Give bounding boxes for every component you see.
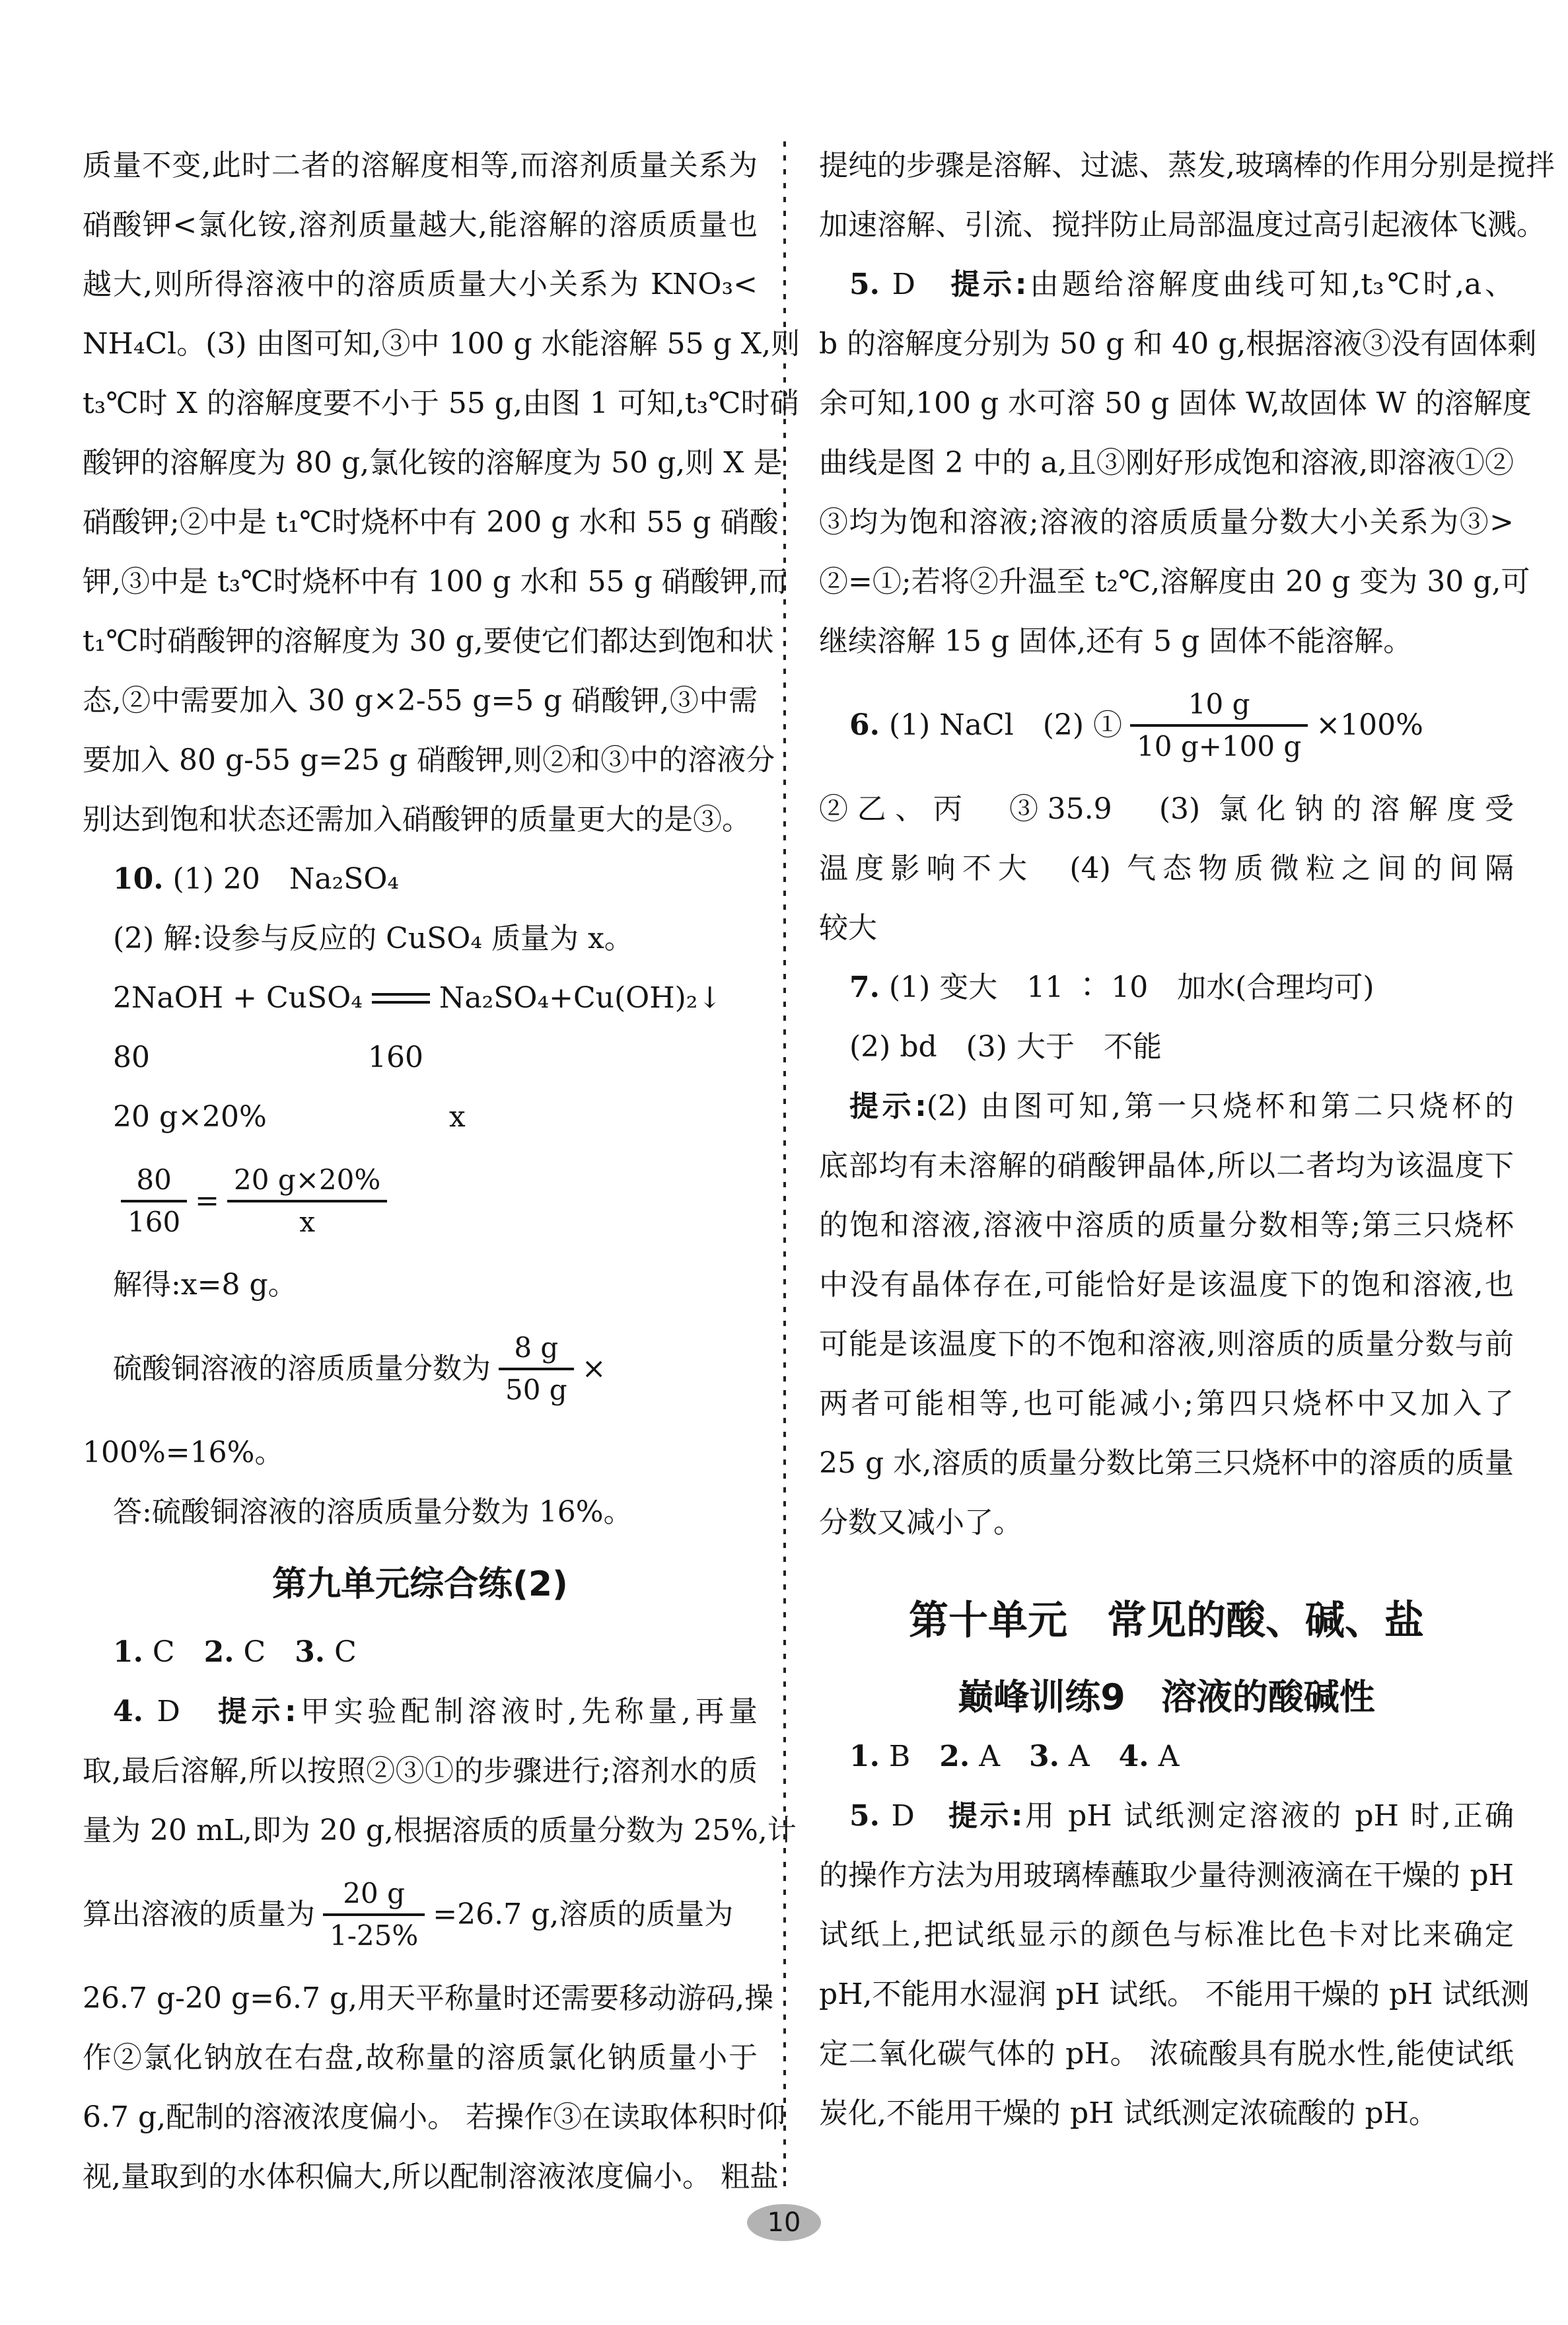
- text-run: 钾,③中是 t₃℃时烧杯中有 100 g 水和 55 g 硝酸钾,而: [83, 565, 787, 599]
- text-line: 解得:x=8 g。: [83, 1255, 758, 1315]
- answer-page: 质量不变,此时二者的溶解度相等,而溶剂质量关系为硝酸钾<氯化铵,溶剂质量越大,能…: [0, 0, 1568, 2325]
- text-run: 温度影响不大 (4) 气态物质微粒之间的间隔: [819, 852, 1514, 885]
- hint-label: 提示:: [948, 1799, 1023, 1833]
- fraction: 8 g50 g: [499, 1331, 574, 1408]
- text-run: (2) 由图可知,第一只烧杯和第二只烧杯的: [927, 1089, 1514, 1123]
- text-line: 26.7 g-20 g=6.7 g,用天平称量时还需要移动游码,操: [83, 1969, 758, 2028]
- formula-line: 80160=20 g×20%x: [83, 1147, 758, 1255]
- text-line: pH,不能用水湿润 pH 试纸。 不能用干燥的 pH 试纸测: [819, 1965, 1514, 2024]
- text-run: 解得:x=8 g。: [113, 1268, 297, 1302]
- question-number: 10.: [113, 862, 164, 896]
- text-line: 6.7 g,配制的溶液浓度偏小。 若操作③在读取体积时仰: [83, 2088, 758, 2147]
- text-run: 视,量取到的水体积偏大,所以配制溶液浓度偏小。 粗盐: [83, 2160, 779, 2194]
- text-run: 80: [113, 1041, 150, 1074]
- text-run: 酸钾的溶解度为 80 g,氯化铵的溶解度为 50 g,则 X 是: [83, 446, 783, 480]
- text-run: 硫酸铜溶液的溶质质量分数为: [113, 1339, 491, 1399]
- text-run: (1) 变大 11 ∶ 10 加水(合理均可): [880, 971, 1374, 1004]
- text-run: (1) NaCl (2) ①: [880, 696, 1122, 755]
- text-run: =: [195, 1171, 219, 1231]
- text-run: 160: [368, 1041, 423, 1074]
- text-run: ×100%: [1316, 696, 1423, 755]
- text-run: C: [234, 1635, 295, 1669]
- fraction: 20 g1-25%: [323, 1876, 425, 1954]
- text-line: 态,②中需要加入 30 g×2-55 g=5 g 硝酸钾,③中需: [83, 671, 758, 731]
- fraction-denominator: x: [227, 1202, 387, 1240]
- text-run: ③均为饱和溶液;溶液的溶质质量分数大小关系为③>: [819, 505, 1514, 539]
- text-line: 要加入 80 g-55 g=25 g 硝酸钾,则②和③中的溶液分: [83, 731, 758, 790]
- text-line: 越大,则所得溶液中的溶质质量大小关系为 KNO₃<: [83, 255, 758, 314]
- text-run: 巅峰训练9 溶液的酸碱性: [958, 1676, 1375, 1718]
- text-line: 取,最后溶解,所以按照②③①的步骤进行;溶剂水的质: [83, 1742, 758, 1801]
- text-run: 甲实验配制溶液时,先称量,再量: [297, 1695, 758, 1728]
- text-run: A: [1059, 1740, 1119, 1773]
- question-number: 1.: [849, 1740, 880, 1773]
- text-line: 底部均有未溶解的硝酸钾晶体,所以二者均为该温度下: [819, 1136, 1514, 1196]
- fraction: 10 g10 g+100 g: [1130, 687, 1308, 764]
- text-run: D: [143, 1695, 218, 1728]
- right-column: 提纯的步骤是溶解、过滤、蒸发,玻璃棒的作用分别是搅拌加速溶解、引流、搅拌防止局部…: [819, 136, 1514, 2143]
- text-run: 态,②中需要加入 30 g×2-55 g=5 g 硝酸钾,③中需: [83, 684, 758, 718]
- text-run: b 的溶解度分别为 50 g 和 40 g,根据溶液③没有固体剩: [819, 327, 1536, 361]
- text-run: 分数又减小了。: [819, 1506, 1022, 1539]
- text-line: 质量不变,此时二者的溶解度相等,而溶剂质量关系为: [83, 136, 758, 196]
- text-line: 7. (1) 变大 11 ∶ 10 加水(合理均可): [819, 958, 1514, 1017]
- text-line: 余可知,100 g 水可溶 50 g 固体 W,故固体 W 的溶解度: [819, 374, 1514, 433]
- text-line: ②=①;若将②升温至 t₂℃,溶解度由 20 g 变为 30 g,可: [819, 552, 1514, 612]
- text-run: 硝酸钾<氯化铵,溶剂质量越大,能溶解的溶质质量也: [83, 208, 758, 242]
- text-line: 5. D 提示:由题给溶解度曲线可知,t₃℃时,a、: [819, 255, 1514, 314]
- text-run: C: [143, 1635, 204, 1669]
- text-run: D: [880, 268, 950, 301]
- text-run: C: [325, 1635, 357, 1669]
- text-line: 加速溶解、引流、搅拌防止局部温度过高引起液体飞溅。: [819, 196, 1514, 255]
- text-line: 答:硫酸铜溶液的溶质质量分数为 16%。: [83, 1483, 758, 1542]
- left-column: 质量不变,此时二者的溶解度相等,而溶剂质量关系为硝酸钾<氯化铵,溶剂质量越大,能…: [83, 136, 758, 2207]
- text-run: 20 g×20%: [113, 1100, 267, 1134]
- text-run: 取,最后溶解,所以按照②③①的步骤进行;溶剂水的质: [83, 1754, 758, 1788]
- text-line: 硝酸钾;②中是 t₁℃时烧杯中有 200 g 水和 55 g 硝酸: [83, 493, 758, 552]
- text-run: ②=①;若将②升温至 t₂℃,溶解度由 20 g 变为 30 g,可: [819, 565, 1530, 599]
- text-run: t₁℃时硝酸钾的溶解度为 30 g,要使它们都达到饱和状: [83, 624, 774, 658]
- text-run: 中没有晶体存在,可能恰好是该温度下的饱和溶液,也: [819, 1268, 1514, 1302]
- text-line: 钾,③中是 t₃℃时烧杯中有 100 g 水和 55 g 硝酸钾,而: [83, 552, 758, 612]
- text-run: (2) 解:设参与反应的 CuSO₄ 质量为 x。: [113, 922, 633, 955]
- text-run: 的操作方法为用玻璃棒蘸取少量待测液滴在干燥的 pH: [819, 1859, 1514, 1892]
- text-line: 炭化,不能用干燥的 pH 试纸测定浓硫酸的 pH。: [819, 2084, 1514, 2143]
- text-line: 100%=16%。: [83, 1423, 758, 1483]
- hint-label: 提示:: [218, 1695, 297, 1728]
- section-heading: 巅峰训练9 溶液的酸碱性: [819, 1676, 1514, 1719]
- text-run: B: [880, 1740, 939, 1773]
- text-line: 酸钾的溶解度为 80 g,氯化铵的溶解度为 50 g,则 X 是: [83, 433, 758, 493]
- text-line: 继续溶解 15 g 固体,还有 5 g 固体不能溶解。: [819, 612, 1514, 671]
- text-run: 第十单元 常见的酸、碱、盐: [909, 1598, 1424, 1644]
- text-run: A: [1149, 1740, 1180, 1773]
- text-run: 算出溶液的质量为: [83, 1885, 315, 1944]
- text-run: 试纸上,把试纸显示的颜色与标准比色卡对比来确定: [819, 1918, 1514, 1952]
- question-number: 2.: [939, 1740, 970, 1773]
- text-run: (1) 20 Na₂SO₄: [164, 862, 400, 896]
- text-run: =26.7 g,溶质的质量为: [433, 1885, 733, 1944]
- text-run: 越大,则所得溶液中的溶质质量大小关系为 KNO₃<: [83, 268, 758, 301]
- text-line: NH₄Cl。(3) 由图可知,③中 100 g 水能溶解 55 g X,则: [83, 314, 758, 374]
- formula-line: 6. (1) NaCl (2) ①10 g10 g+100 g×100%: [819, 671, 1514, 780]
- text-line: 可能是该温度下的不饱和溶液,则溶质的质量分数与前: [819, 1315, 1514, 1374]
- section-heading: 第十单元 常见的酸、碱、盐: [819, 1596, 1514, 1645]
- text-run: 用 pH 试纸测定溶液的 pH 时,正确: [1022, 1799, 1514, 1833]
- text-run: 继续溶解 15 g 固体,还有 5 g 固体不能溶解。: [819, 624, 1412, 658]
- fraction-denominator: 160: [121, 1202, 187, 1240]
- text-run: 26.7 g-20 g=6.7 g,用天平称量时还需要移动游码,操: [83, 1981, 773, 2015]
- text-run: 加速溶解、引流、搅拌防止局部温度过高引起液体飞溅。: [819, 208, 1546, 242]
- fraction-numerator: 10 g: [1130, 687, 1308, 727]
- text-run: t₃℃时 X 的溶解度要不小于 55 g,由图 1 可知,t₃℃时硝: [83, 387, 799, 420]
- text-run: 两者可能相等,也可能减小;第四只烧杯中又加入了: [819, 1387, 1514, 1421]
- text-line: 1. C 2. C 3. C: [83, 1623, 758, 1682]
- fraction-numerator: 20 g×20%: [227, 1163, 387, 1203]
- text-line: 2NaOH + CuSO₄Na₂SO₄+Cu(OH)₂↓: [83, 969, 758, 1028]
- formula-line: 硫酸铜溶液的溶质质量分数为8 g50 g×: [83, 1315, 758, 1423]
- formula-line: 算出溶液的质量为20 g1-25%=26.7 g,溶质的质量为: [83, 1861, 758, 1969]
- text-run: ×: [582, 1339, 606, 1399]
- text-run: 可能是该温度下的不饱和溶液,则溶质的质量分数与前: [819, 1327, 1514, 1361]
- text-run: 硝酸钾;②中是 t₁℃时烧杯中有 200 g 水和 55 g 硝酸: [83, 505, 779, 539]
- text-line: ③均为饱和溶液;溶液的溶质质量分数大小关系为③>: [819, 493, 1514, 552]
- text-line: 温度影响不大 (4) 气态物质微粒之间的间隔: [819, 839, 1514, 899]
- text-line: 视,量取到的水体积偏大,所以配制溶液浓度偏小。 粗盐: [83, 2147, 758, 2207]
- text-run: (2) bd (3) 大于 不能: [849, 1030, 1162, 1064]
- text-run: 第九单元综合练(2): [272, 1565, 568, 1604]
- text-run: NH₄Cl。(3) 由图可知,③中 100 g 水能溶解 55 g X,则: [83, 327, 800, 361]
- column-divider: [783, 141, 786, 2194]
- text-line: 的饱和溶液,溶液中溶质的质量分数相等;第三只烧杯: [819, 1196, 1514, 1255]
- text-line: 较大: [819, 899, 1514, 958]
- text-run: D: [880, 1799, 948, 1833]
- fraction-numerator: 20 g: [323, 1876, 425, 1917]
- text-run: 质量不变,此时二者的溶解度相等,而溶剂质量关系为: [83, 149, 758, 182]
- question-number: 5.: [849, 268, 880, 301]
- text-run: 作②氯化钠放在右盘,故称量的溶质氯化钠质量小于: [83, 2041, 758, 2075]
- text-line: b 的溶解度分别为 50 g 和 40 g,根据溶液③没有固体剩: [819, 314, 1514, 374]
- text-run: 答:硫酸铜溶液的溶质质量分数为 16%。: [113, 1495, 633, 1529]
- fraction-denominator: 1-25%: [323, 1916, 425, 1954]
- text-line: 硝酸钾<氯化铵,溶剂质量越大,能溶解的溶质质量也: [83, 196, 758, 255]
- text-line: (2) bd (3) 大于 不能: [819, 1017, 1514, 1077]
- fraction-numerator: 80: [121, 1163, 187, 1203]
- text-run: 炭化,不能用干燥的 pH 试纸测定浓硫酸的 pH。: [819, 2096, 1438, 2130]
- text-line: 提示:(2) 由图可知,第一只烧杯和第二只烧杯的: [819, 1077, 1514, 1136]
- text-line: ②乙、丙 ③35.9 (3) 氯化钠的溶解度受: [819, 780, 1514, 839]
- page-number-badge: 10: [747, 2204, 821, 2241]
- text-run: 量为 20 mL,即为 20 g,根据溶质的质量分数为 25%,计: [83, 1814, 797, 1847]
- text-line: 别达到饱和状态还需加入硝酸钾的质量更大的是③。: [83, 790, 758, 850]
- text-run: 定二氧化碳气体的 pH。 浓硫酸具有脱水性,能使试纸: [819, 2037, 1514, 2071]
- question-number: 2.: [204, 1635, 234, 1669]
- text-run: ②乙、丙 ③35.9 (3) 氯化钠的溶解度受: [819, 792, 1514, 826]
- text-line: 25 g 水,溶质的质量分数比第三只烧杯中的溶质的质量: [819, 1434, 1514, 1493]
- question-number: 1.: [113, 1635, 143, 1669]
- text-run: 由题给溶解度曲线可知,t₃℃时,a、: [1026, 268, 1514, 301]
- text-line: 1. B 2. A 3. A 4. A: [819, 1727, 1514, 1787]
- text-run: 6.7 g,配制的溶液浓度偏小。 若操作③在读取体积时仰: [83, 2100, 785, 2134]
- fraction-numerator: 8 g: [499, 1331, 574, 1371]
- text-line: 提纯的步骤是溶解、过滤、蒸发,玻璃棒的作用分别是搅拌: [819, 136, 1514, 196]
- text-run: 100%=16%。: [83, 1436, 283, 1469]
- question-number: 3.: [1029, 1740, 1059, 1773]
- fraction-denominator: 50 g: [499, 1370, 574, 1408]
- text-line: 量为 20 mL,即为 20 g,根据溶质的质量分数为 25%,计: [83, 1801, 758, 1861]
- text-line: 80160: [83, 1028, 758, 1088]
- text-line: 10. (1) 20 Na₂SO₄: [83, 850, 758, 909]
- text-line: 试纸上,把试纸显示的颜色与标准比色卡对比来确定: [819, 1905, 1514, 1965]
- fraction-denominator: 10 g+100 g: [1130, 727, 1308, 764]
- text-line: 4. D 提示:甲实验配制溶液时,先称量,再量: [83, 1682, 758, 1742]
- text-line: 曲线是图 2 中的 a,且③刚好形成饱和溶液,即溶液①②: [819, 433, 1514, 493]
- question-number: 4.: [1119, 1740, 1149, 1773]
- text-line: t₁℃时硝酸钾的溶解度为 30 g,要使它们都达到饱和状: [83, 612, 758, 671]
- question-number: 5.: [849, 1799, 880, 1833]
- text-line: 作②氯化钠放在右盘,故称量的溶质氯化钠质量小于: [83, 2028, 758, 2088]
- double-bond-equals: [372, 993, 430, 1004]
- text-run: A: [970, 1740, 1029, 1773]
- text-run: 底部均有未溶解的硝酸钾晶体,所以二者均为该温度下: [819, 1149, 1514, 1183]
- fraction: 80160: [121, 1163, 187, 1240]
- text-line: 中没有晶体存在,可能恰好是该温度下的饱和溶液,也: [819, 1255, 1514, 1315]
- question-number: 3.: [295, 1635, 325, 1669]
- text-line: 定二氧化碳气体的 pH。 浓硫酸具有脱水性,能使试纸: [819, 2024, 1514, 2084]
- fraction: 20 g×20%x: [227, 1163, 387, 1240]
- text-run: 2NaOH + CuSO₄: [113, 981, 363, 1015]
- section-heading: 第九单元综合练(2): [83, 1563, 758, 1605]
- text-line: 的操作方法为用玻璃棒蘸取少量待测液滴在干燥的 pH: [819, 1846, 1514, 1905]
- text-line: t₃℃时 X 的溶解度要不小于 55 g,由图 1 可知,t₃℃时硝: [83, 374, 758, 433]
- text-line: (2) 解:设参与反应的 CuSO₄ 质量为 x。: [83, 909, 758, 969]
- text-run: 25 g 水,溶质的质量分数比第三只烧杯中的溶质的质量: [819, 1446, 1514, 1480]
- text-run: 要加入 80 g-55 g=25 g 硝酸钾,则②和③中的溶液分: [83, 743, 775, 777]
- question-number: 7.: [849, 971, 880, 1004]
- question-number: 4.: [113, 1695, 143, 1728]
- text-run: x: [449, 1100, 466, 1134]
- text-run: 余可知,100 g 水可溶 50 g 固体 W,故固体 W 的溶解度: [819, 387, 1532, 420]
- text-run: 较大: [819, 911, 877, 945]
- text-run: Na₂SO₄+Cu(OH)₂↓: [439, 981, 722, 1015]
- hint-label: 提示:: [849, 1089, 927, 1123]
- text-line: 20 g×20%x: [83, 1088, 758, 1147]
- text-line: 两者可能相等,也可能减小;第四只烧杯中又加入了: [819, 1374, 1514, 1434]
- text-line: 5. D 提示:用 pH 试纸测定溶液的 pH 时,正确: [819, 1787, 1514, 1846]
- hint-label: 提示:: [950, 268, 1026, 301]
- text-run: 提纯的步骤是溶解、过滤、蒸发,玻璃棒的作用分别是搅拌: [819, 149, 1555, 182]
- text-line: 分数又减小了。: [819, 1493, 1514, 1553]
- question-number: 6.: [849, 696, 880, 755]
- text-run: 的饱和溶液,溶液中溶质的质量分数相等;第三只烧杯: [819, 1208, 1514, 1242]
- text-run: 别达到饱和状态还需加入硝酸钾的质量更大的是③。: [83, 803, 751, 836]
- text-run: 曲线是图 2 中的 a,且③刚好形成饱和溶液,即溶液①②: [819, 446, 1514, 480]
- text-run: pH,不能用水湿润 pH 试纸。 不能用干燥的 pH 试纸测: [819, 1977, 1530, 2011]
- page-number: 10: [767, 2207, 801, 2238]
